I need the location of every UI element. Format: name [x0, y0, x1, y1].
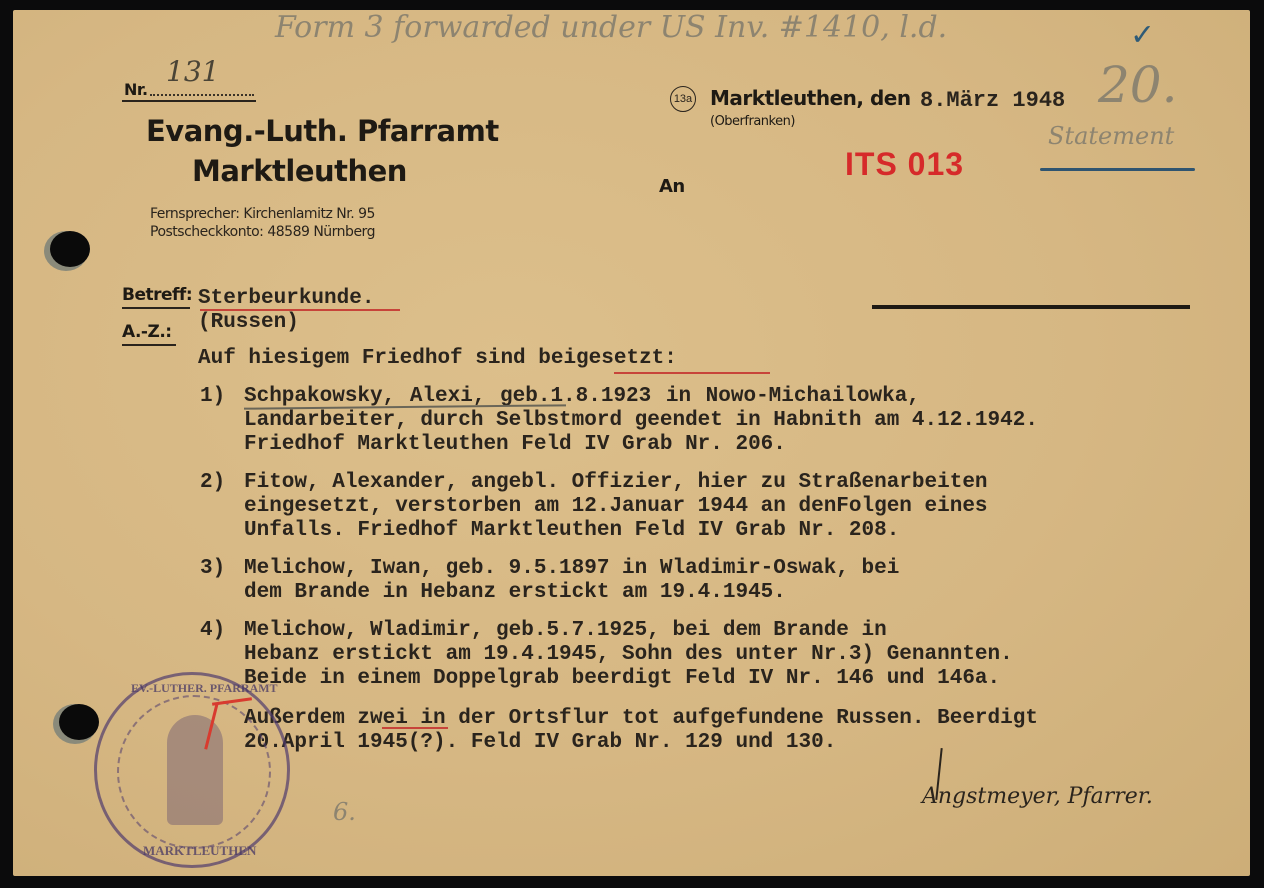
betreff-value: Sterbeurkunde. — [198, 286, 374, 311]
nr-label: Nr. — [124, 80, 148, 99]
checkmark-icon: ✓ — [1132, 14, 1152, 56]
closing-line-1: Außerdem zwei in der Ortsflur tot aufgef… — [244, 706, 1038, 731]
entry-4-number: 4) — [200, 618, 225, 643]
postal-code-badge: 13a — [670, 86, 696, 112]
address-line — [872, 305, 1190, 309]
nr-dotted-line — [150, 94, 254, 96]
entry-2-number: 2) — [200, 470, 225, 495]
seal-top-text: EV.-LUTHER. PFARRAMT — [131, 681, 278, 696]
nr-underline — [122, 100, 256, 102]
entry-1-line-2: Landarbeiter, durch Selbstmord geendet i… — [244, 408, 1038, 433]
phone-info: Fernsprecher: Kirchenlamitz Nr. 95 — [150, 206, 375, 222]
punch-hole-top — [50, 231, 90, 267]
betreff-label: Betreff: — [122, 285, 192, 305]
region-label: (Oberfranken) — [710, 114, 795, 129]
entry-3-number: 3) — [200, 556, 225, 581]
closing-line-2: 20.April 1945(?). Feld IV Grab Nr. 129 u… — [244, 730, 836, 755]
entry-1-line-1: Schpakowsky, Alexi, geb.1.8.1923 in Nowo… — [244, 384, 920, 409]
place-line: Marktleuthen, den — [710, 86, 911, 110]
beigesetzt-red-underline — [614, 372, 770, 374]
az-value: (Russen) — [198, 310, 299, 335]
seal-figure — [167, 715, 223, 825]
recipient-label: An — [659, 176, 685, 197]
entry-4-line-1: Melichow, Wladimir, geb.5.7.1925, bei de… — [244, 618, 887, 643]
parish-seal: EV.-LUTHER. PFARRAMT MARKTLEUTHEN — [94, 672, 290, 868]
nr-value: 131 — [166, 55, 219, 88]
statement-underline — [1040, 168, 1195, 171]
entry-1-line-3: Friedhof Marktleuthen Feld IV Grab Nr. 2… — [244, 432, 786, 457]
postal-account-info: Postscheckkonto: 48589 Nürnberg — [150, 224, 375, 240]
betreff-label-underline — [122, 307, 190, 309]
az-label-underline — [122, 344, 176, 346]
zwei-red-underline — [382, 727, 448, 729]
signature: Angstmeyer, Pfarrer. — [922, 784, 1153, 809]
entry-2-line-1: Fitow, Alexander, angebl. Offizier, hier… — [244, 470, 988, 495]
pencil-annotation-top: Form 3 forwarded under US Inv. #1410, l.… — [275, 10, 947, 45]
its-stamp: ITS 013 — [845, 146, 964, 183]
entry-2-line-3: Unfalls. Friedhof Marktleuthen Feld IV G… — [244, 518, 899, 543]
office-name-line1: Evang.-Luth. Pfarramt — [146, 114, 499, 148]
entry-4-line-3: Beide in einem Doppelgrab beerdigt Feld … — [244, 666, 1000, 691]
entry-1-number: 1) — [200, 384, 225, 409]
punch-hole-bottom — [59, 704, 99, 740]
entry-3-line-1: Melichow, Iwan, geb. 9.5.1897 in Wladimi… — [244, 556, 899, 581]
entry-4-line-2: Hebanz erstickt am 19.4.1945, Sohn des u… — [244, 642, 1013, 667]
letter-date: 8.März 1948 — [920, 88, 1065, 113]
entry-3-line-2: dem Brande in Hebanz erstickt am 19.4.19… — [244, 580, 786, 605]
page-number: 6. — [333, 798, 356, 826]
office-name-line2: Marktleuthen — [192, 154, 407, 188]
statement-annotation: Statement — [1048, 122, 1174, 150]
entry-2-line-2: eingesetzt, verstorben am 12.Januar 1944… — [244, 494, 988, 519]
handwritten-number: 20. — [1098, 56, 1178, 114]
seal-bottom-text: MARKTLEUTHEN — [143, 843, 256, 859]
body-intro: Auf hiesigem Friedhof sind beigesetzt: — [198, 346, 677, 371]
az-label: A.-Z.: — [122, 322, 172, 342]
